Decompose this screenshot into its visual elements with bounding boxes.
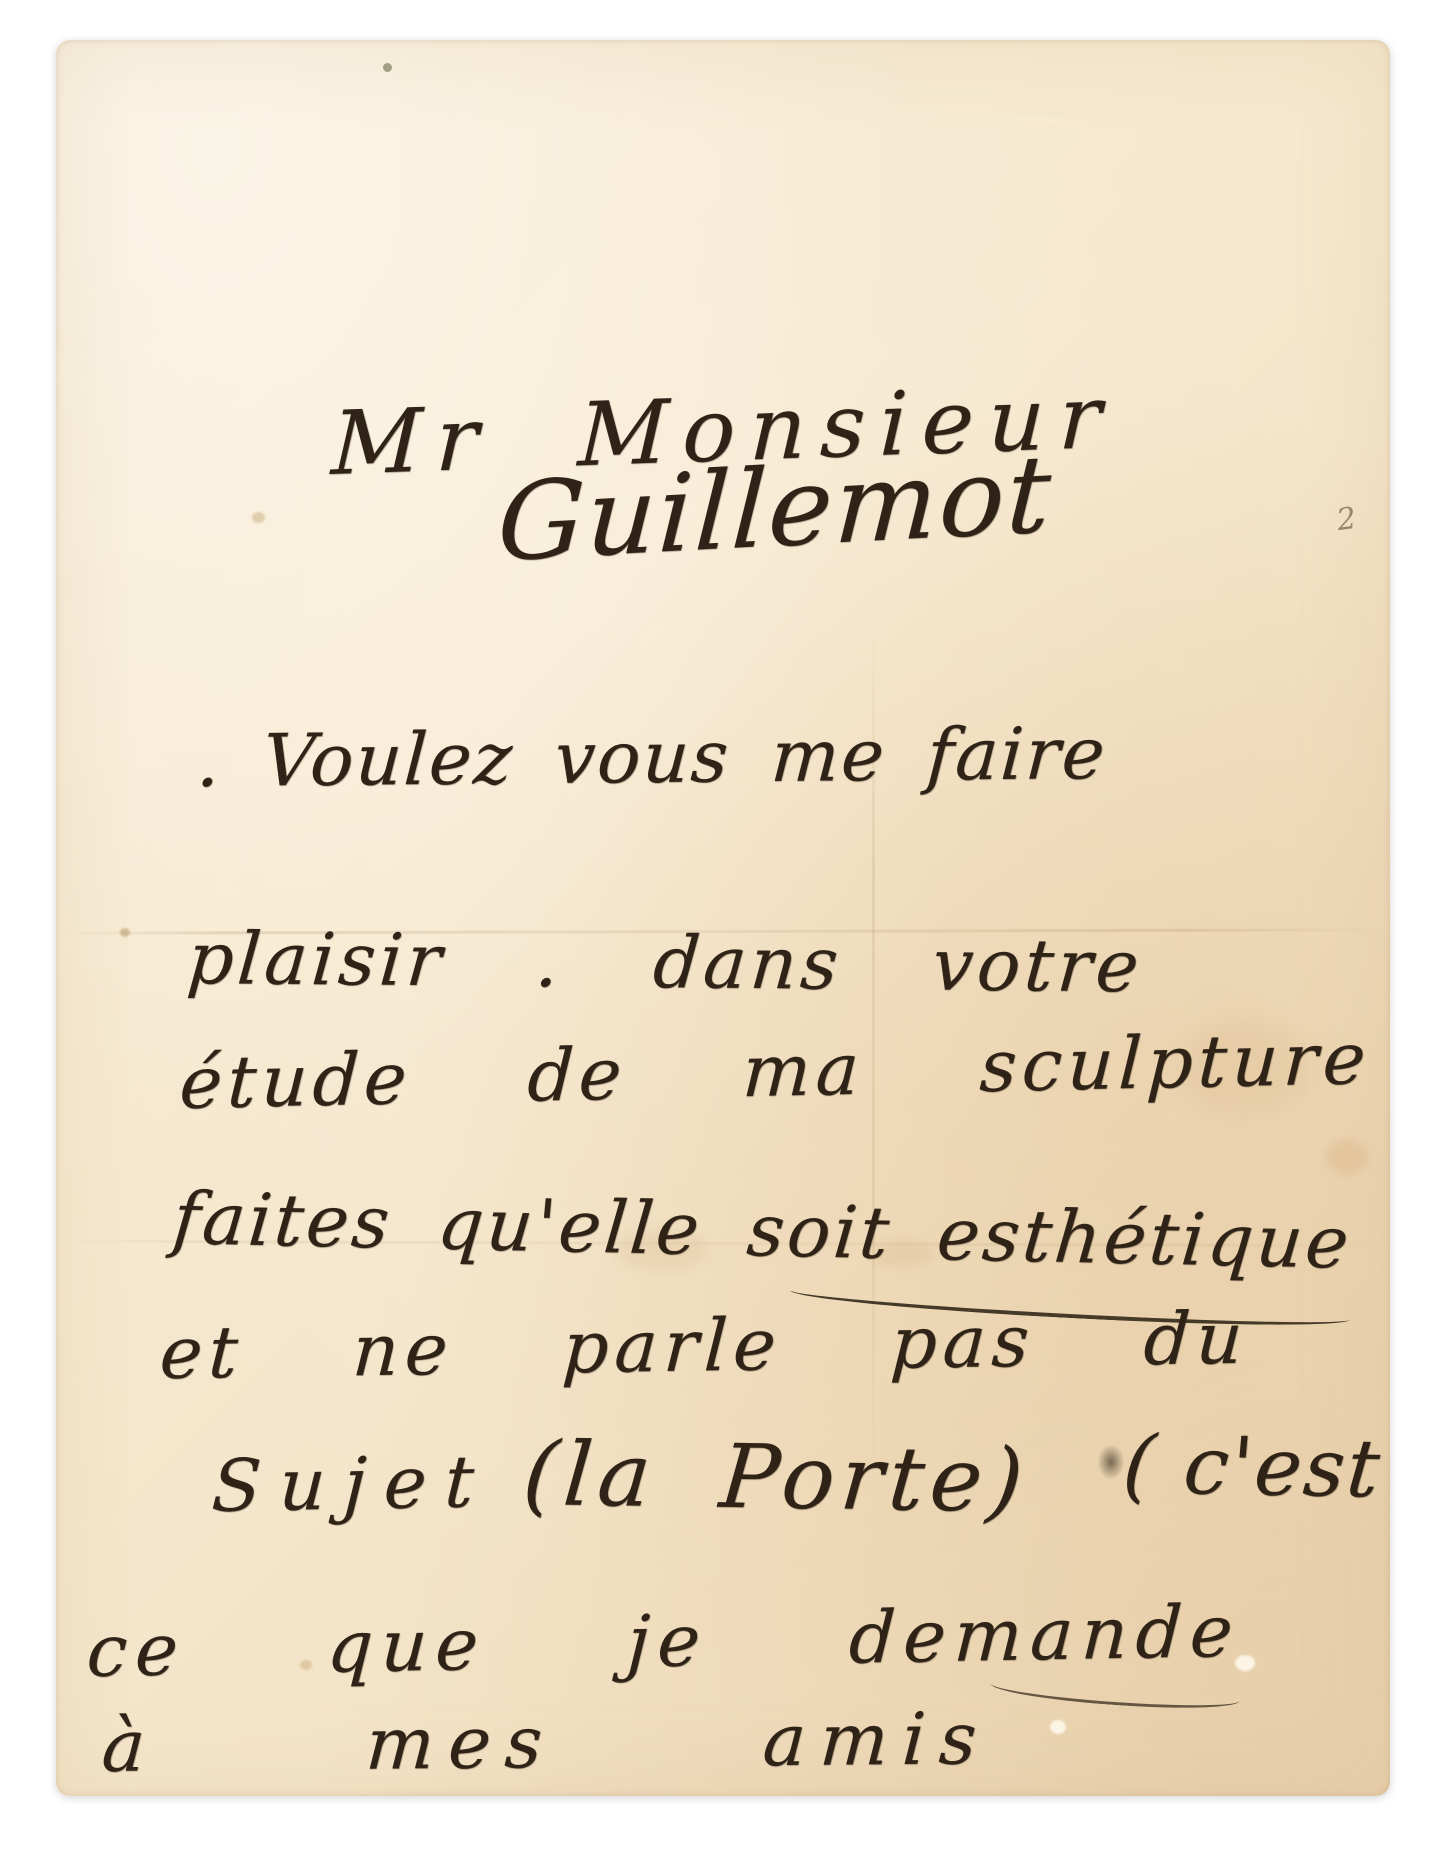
- letter-paper: Mr Monsieur Guillemot . Voulez vous me f…: [56, 40, 1390, 1796]
- ink-smudge: [1098, 1445, 1124, 1479]
- body-line-8: à mes amis: [100, 1702, 993, 1782]
- body-line-4-start: faites qu'elle soit: [169, 1176, 895, 1275]
- pencil-mark: 2: [1335, 504, 1358, 536]
- foxing-spot: [120, 928, 130, 937]
- body-line-4: faites qu'elle soit esthétique: [170, 1182, 1355, 1279]
- foxing-spot: [383, 63, 392, 72]
- foxing-spot: [1050, 1720, 1066, 1734]
- foxing-spot: [252, 512, 265, 523]
- body-line-6-la-porte: (la Porte): [520, 1430, 1032, 1525]
- body-line-4-underlined-word: esthétique: [934, 1192, 1355, 1285]
- body-line-2: plaisir . dans votre: [185, 922, 1145, 1002]
- pen-tail-stroke: [989, 1669, 1240, 1713]
- body-line-1: . Voulez vous me faire: [195, 717, 1109, 797]
- body-line-6-paren-cest: ( c'est: [1120, 1425, 1385, 1509]
- body-line-3: étude de ma sculpture: [178, 1022, 1372, 1119]
- foxing-spot: [1326, 1140, 1368, 1174]
- salutation-line-2: Guillemot: [495, 441, 1055, 578]
- body-line-6-word-sujet: Sujet: [210, 1445, 494, 1522]
- body-line-7: ce que je demande: [85, 1595, 1243, 1687]
